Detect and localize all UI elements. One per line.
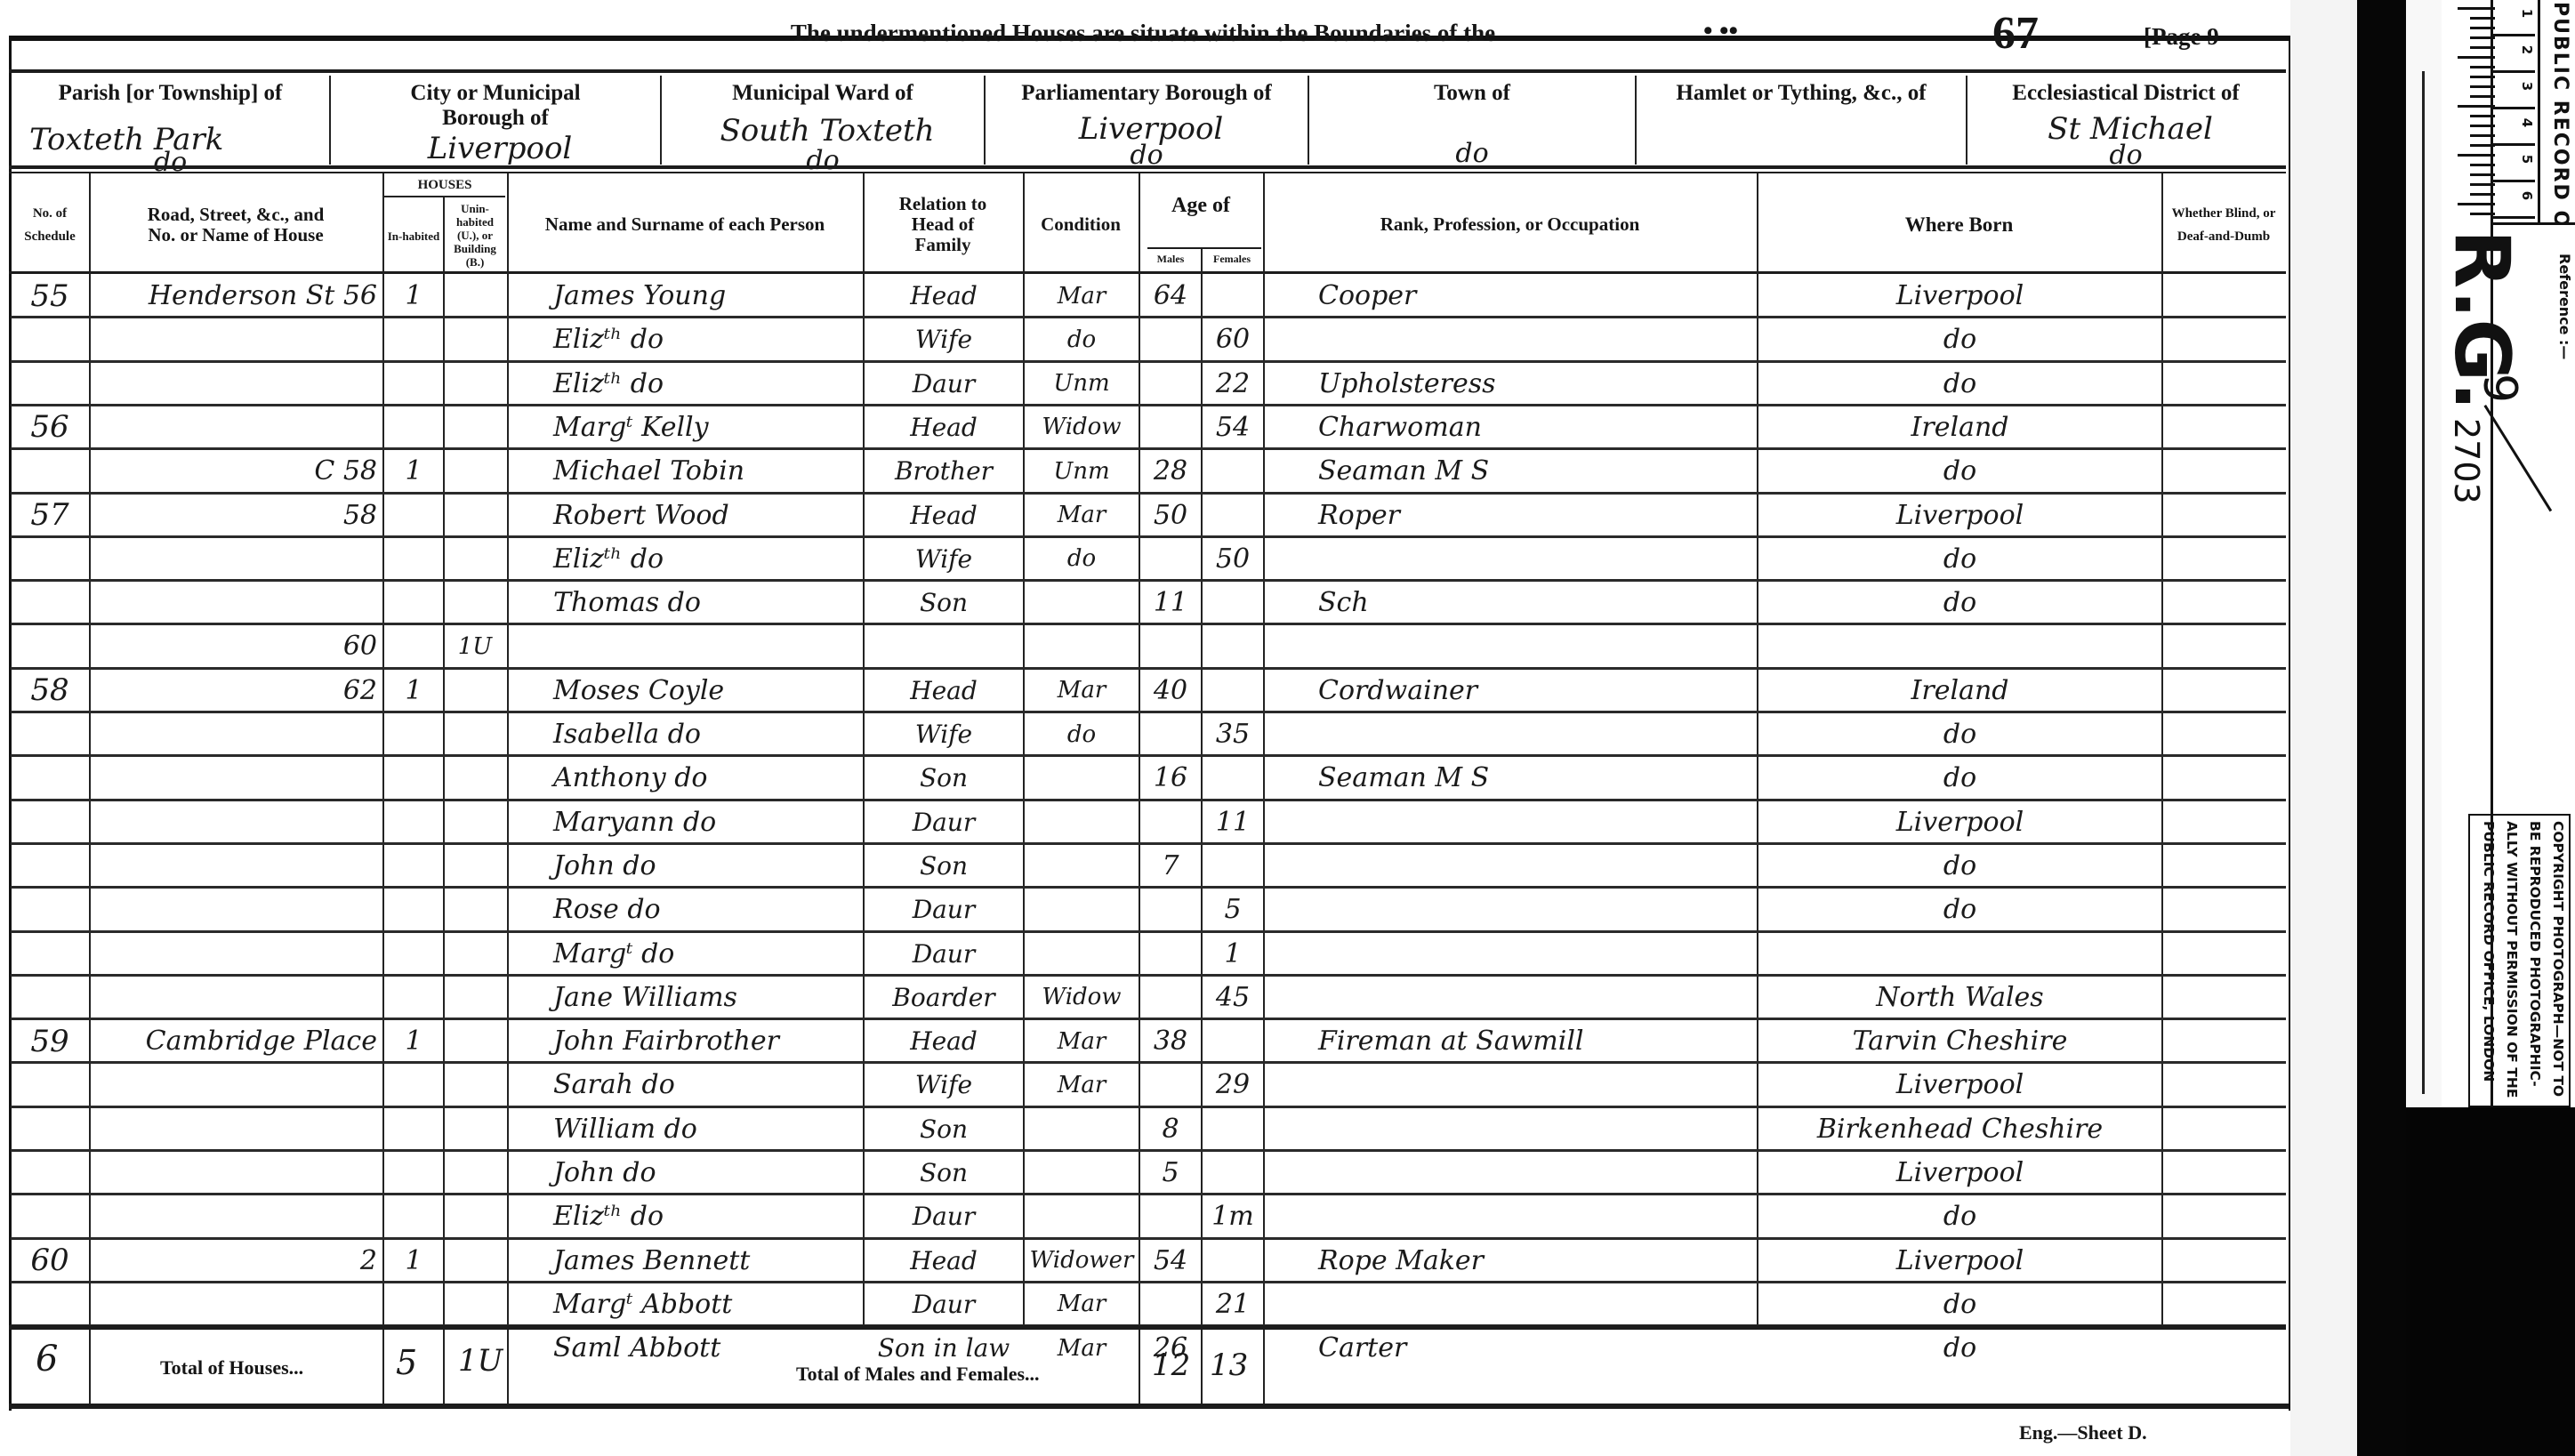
cell-occupation: Upholsteress (1265, 362, 1757, 406)
cell-name: Isabella do (518, 712, 863, 756)
ruler-cm-number: 5 (2519, 155, 2535, 164)
boundary-label: Ecclesiastical District of (1967, 81, 2284, 106)
cell-inhabited (384, 1107, 443, 1151)
cell-relation: Head (865, 669, 1023, 712)
census-row: Sarah doWifeMar29Liverpool (9, 1063, 2286, 1106)
total-schedules: 6 (36, 1339, 58, 1380)
cell-condition (1025, 1151, 1139, 1195)
census-row: 601U (9, 624, 2286, 668)
cell-street (91, 888, 384, 931)
cell-condition (1025, 624, 1139, 668)
boundary-value: South Toxteth (680, 113, 975, 149)
cell-blind (2163, 1063, 2284, 1106)
col-uninhabited: Unin-habited (U.), or Building (B.) (445, 197, 505, 273)
cell-born: do (1758, 888, 2161, 931)
cell-blind (2163, 669, 2284, 712)
census-row: 6021James BennettHeadWidower54Rope Maker… (9, 1239, 2286, 1283)
cell-born (1758, 932, 2161, 976)
cell-male-age: 16 (1140, 756, 1201, 800)
cell-name: Elizᵗʰ do (518, 537, 863, 581)
boundary-label: City or Municipal Borough of (331, 81, 660, 131)
cell-schedule (11, 1283, 89, 1326)
reference-number: 2703 (2447, 418, 2486, 504)
cell-inhabited (384, 1063, 443, 1106)
rule-boundaries-2 (9, 172, 2286, 173)
census-row: Thomas doSon11Schdo (9, 581, 2286, 624)
cell-male-age (1140, 932, 1201, 976)
cell-street (91, 976, 384, 1019)
cell-male-age (1140, 362, 1201, 406)
census-row: Rose doDaur5do (9, 888, 2286, 931)
census-row: Saml AbbottSon in lawMar26Carterdo (9, 1326, 2286, 1370)
rule-bottom (9, 1404, 2289, 1409)
copyright-box: COPYRIGHT PHOTOGRAPH—NOT TOBE REPRODUCED… (2468, 814, 2571, 1107)
cell-uninhabited (445, 1239, 505, 1283)
cell-relation: Wife (865, 712, 1023, 756)
cell-uninhabited (445, 1283, 505, 1326)
cell-male-age (1140, 712, 1201, 756)
cell-female-age: 11 (1203, 800, 1263, 844)
total-uninhabited: 1U (458, 1343, 503, 1379)
cell-condition: do (1025, 537, 1139, 581)
title-text: The undermentioned Houses are situate wi… (791, 20, 1495, 46)
cell-condition: Unm (1025, 362, 1139, 406)
cell-relation: Daur (865, 1195, 1023, 1238)
cell-schedule (11, 800, 89, 844)
ruler-cm-number: 4 (2519, 118, 2535, 127)
cell-condition: Mar (1025, 274, 1139, 318)
cell-occupation (1265, 844, 1757, 888)
cell-inhabited (384, 1283, 443, 1326)
cell-female-age: 1m (1203, 1195, 1263, 1238)
cell-born: do (1758, 712, 2161, 756)
cell-name: Maryann do (518, 800, 863, 844)
census-row: John doSon7do (9, 844, 2286, 888)
cell-relation: Daur (865, 932, 1023, 976)
cell-relation: Son (865, 1151, 1023, 1195)
cell-inhabited: 1 (384, 274, 443, 318)
cell-relation: Son (865, 581, 1023, 624)
ruler-cm-number: 1 (2519, 9, 2535, 18)
col-houses-group: HOUSES (384, 178, 505, 197)
cell-female-age (1203, 844, 1263, 888)
cell-occupation: Seaman M S (1265, 756, 1757, 800)
cell-born: Liverpool (1758, 1063, 2161, 1106)
cell-inhabited (384, 888, 443, 931)
ruler-heading-text: PUBLIC RECORD OFFICE (2549, 2, 2571, 222)
census-row: 56Margᵗ KellyHeadWidow54CharwomanIreland (9, 406, 2286, 449)
boundary-ward: Municipal Ward of South Toxteth do (662, 76, 986, 165)
cell-uninhabited (445, 494, 505, 537)
cell-blind (2163, 756, 2284, 800)
cell-female-age (1203, 1019, 1263, 1063)
cell-occupation: Roper (1265, 494, 1757, 537)
cell-born: Liverpool (1758, 1239, 2161, 1283)
cell-blind (2163, 1019, 2284, 1063)
cell-occupation: Carter (1265, 1326, 1757, 1370)
cell-condition: Mar (1025, 494, 1139, 537)
col-males: Males (1140, 253, 1201, 266)
cell-born: do (1758, 844, 2161, 888)
cell-male-age: 7 (1140, 844, 1201, 888)
cell-relation: Son (865, 756, 1023, 800)
cell-occupation (1265, 318, 1757, 361)
cell-inhabited (384, 932, 443, 976)
cell-condition: Widower (1025, 1239, 1139, 1283)
census-row: C 581Michael TobinBrotherUnm28Seaman M S… (9, 449, 2286, 493)
cell-street (91, 1151, 384, 1195)
cell-female-age: 21 (1203, 1283, 1263, 1326)
cell-condition: do (1025, 318, 1139, 361)
cell-name (518, 624, 863, 668)
cell-uninhabited (445, 362, 505, 406)
binding-shadow (2357, 0, 2406, 1456)
cell-inhabited: 1 (384, 1239, 443, 1283)
folio-number: 67 (1992, 7, 2039, 60)
rule-age (1147, 247, 1261, 249)
cell-uninhabited (445, 581, 505, 624)
cell-female-age: 50 (1203, 537, 1263, 581)
boundary-parliamentary: Parliamentary Borough of Liverpool do (986, 76, 1309, 165)
cell-name: Margᵗ Kelly (518, 406, 863, 449)
cell-male-age: 11 (1140, 581, 1201, 624)
cell-occupation: Charwoman (1265, 406, 1757, 449)
cell-relation: Head (865, 494, 1023, 537)
cell-blind (2163, 1239, 2284, 1283)
ruler-cm-box: 1 (2493, 0, 2535, 36)
cell-street (91, 1107, 384, 1151)
cell-male-age (1140, 1283, 1201, 1326)
cell-condition: do (1025, 712, 1139, 756)
boundary-label: Parish [or Township] of (12, 81, 329, 106)
cell-uninhabited (445, 1063, 505, 1106)
cell-female-age: 35 (1203, 712, 1263, 756)
cell-condition (1025, 888, 1139, 931)
cell-street: Henderson St 56 (91, 274, 384, 318)
cell-occupation: Cooper (1265, 274, 1757, 318)
cell-schedule: 56 (11, 406, 89, 449)
cell-uninhabited (445, 888, 505, 931)
rule-totals (9, 1325, 2286, 1330)
ruler-heading: PUBLIC RECORD OFFICE (2539, 0, 2573, 222)
cell-relation: Wife (865, 318, 1023, 361)
cell-occupation (1265, 888, 1757, 931)
cell-female-age (1203, 624, 1263, 668)
cell-relation: Wife (865, 537, 1023, 581)
cell-blind (2163, 318, 2284, 361)
cell-occupation (1265, 1151, 1757, 1195)
ruler-cm-box: 5 (2493, 146, 2535, 182)
cell-occupation (1265, 932, 1757, 976)
cell-female-age: 1 (1203, 932, 1263, 976)
total-females: 13 (1210, 1347, 1248, 1383)
cell-born: Liverpool (1758, 494, 2161, 537)
cell-street (91, 932, 384, 976)
cell-born: do (1758, 756, 2161, 800)
cell-relation: Daur (865, 362, 1023, 406)
page-margin (2290, 0, 2357, 1456)
cell-male-age: 54 (1140, 1239, 1201, 1283)
cell-schedule (11, 318, 89, 361)
cell-inhabited (384, 1151, 443, 1195)
cell-schedule (11, 537, 89, 581)
cell-female-age: 54 (1203, 406, 1263, 449)
cell-name: James Bennett (518, 1239, 863, 1283)
reference-label: Reference :— (2556, 253, 2573, 359)
cell-name: Sarah do (518, 1063, 863, 1106)
cell-occupation: Seaman M S (1265, 449, 1757, 493)
cell-male-age (1140, 1195, 1201, 1238)
cell-male-age: 64 (1140, 274, 1201, 318)
census-row: Anthony doSon16Seaman M Sdo (9, 756, 2286, 800)
ruler-tick (2458, 105, 2495, 108)
cell-uninhabited (445, 318, 505, 361)
cell-male-age: 28 (1140, 449, 1201, 493)
cell-street (91, 1195, 384, 1238)
cell-female-age (1203, 494, 1263, 537)
col-born: Where Born (1758, 178, 2160, 271)
cell-inhabited (384, 318, 443, 361)
copyright-line: ALLY WITHOUT PERMISSION OF THE (2500, 821, 2523, 1098)
cell-schedule (11, 1151, 89, 1195)
cell-female-age (1203, 1107, 1263, 1151)
cell-blind (2163, 844, 2284, 888)
ruler-tick (2458, 7, 2495, 10)
cell-blind (2163, 274, 2284, 318)
cell-uninhabited (445, 976, 505, 1019)
cell-blind (2163, 976, 2284, 1019)
cell-occupation (1265, 800, 1757, 844)
cell-uninhabited (445, 274, 505, 318)
boundary-label: Hamlet or Tything, &c., of (1637, 81, 1966, 106)
cell-name: Jane Williams (518, 976, 863, 1019)
cell-relation: Son (865, 844, 1023, 888)
cell-male-age: 40 (1140, 669, 1201, 712)
total-persons-label: Total of Males and Females... (796, 1363, 1040, 1386)
cell-occupation (1265, 1195, 1757, 1238)
sheet-footer: Eng.—Sheet D. (2019, 1421, 2147, 1444)
cell-uninhabited (445, 449, 505, 493)
total-males: 12 (1152, 1347, 1190, 1383)
copyright-line: PUBLIC RECORD OFFICE, LONDON (2477, 821, 2500, 1098)
cell-schedule: 55 (11, 274, 89, 318)
cell-inhabited (384, 712, 443, 756)
cell-male-age (1140, 1063, 1201, 1106)
cell-relation: Daur (865, 888, 1023, 931)
ruler-cm-scale: 123456 (2493, 0, 2540, 222)
cell-relation: Son (865, 1107, 1023, 1151)
cell-condition (1025, 932, 1139, 976)
cell-condition: Mar (1025, 1019, 1139, 1063)
cell-schedule (11, 712, 89, 756)
cell-blind (2163, 800, 2284, 844)
cell-female-age (1203, 1151, 1263, 1195)
cell-street: C 58 (91, 449, 384, 493)
col-relation: Relation to Head of Family (865, 178, 1021, 271)
cell-occupation (1265, 1063, 1757, 1106)
ruler-ticks (2442, 0, 2495, 222)
cell-condition (1025, 800, 1139, 844)
scan-background (2406, 1107, 2575, 1456)
cell-female-age (1203, 756, 1263, 800)
cell-condition: Unm (1025, 449, 1139, 493)
cell-blind (2163, 624, 2284, 668)
cell-inhabited (384, 537, 443, 581)
ruler-cm-number: 3 (2519, 82, 2535, 91)
census-row: Elizᵗʰ doWifedo60do (9, 318, 2286, 361)
ruler-tick (2458, 56, 2495, 59)
cell-street (91, 362, 384, 406)
cell-relation: Brother (865, 449, 1023, 493)
cell-male-age: 38 (1140, 1019, 1201, 1063)
cell-occupation: Sch (1265, 581, 1757, 624)
cell-male-age: 50 (1140, 494, 1201, 537)
cell-street: Cambridge Place (91, 1019, 384, 1063)
cell-schedule (11, 756, 89, 800)
cell-condition: Mar (1025, 669, 1139, 712)
cell-schedule: 59 (11, 1019, 89, 1063)
cell-street (91, 756, 384, 800)
cell-uninhabited: 1U (445, 624, 505, 668)
cell-schedule (11, 976, 89, 1019)
cell-street (91, 1063, 384, 1106)
census-row: Isabella doWifedo35do (9, 712, 2286, 756)
cell-inhabited (384, 624, 443, 668)
col-females: Females (1203, 253, 1261, 266)
ruler-tick (2458, 203, 2495, 205)
census-row: William doSon8Birkenhead Cheshire (9, 1107, 2286, 1151)
cell-name: Elizᵗʰ do (518, 1195, 863, 1238)
cell-condition: Widow (1025, 406, 1139, 449)
boundary-town: Town of do (1309, 76, 1637, 165)
cell-inhabited: 1 (384, 449, 443, 493)
cell-schedule: 60 (11, 1239, 89, 1283)
cell-condition: Mar (1025, 1283, 1139, 1326)
cell-blind (2163, 1283, 2284, 1326)
cell-schedule (11, 1195, 89, 1238)
census-row: Margᵗ AbbottDaurMar21do (9, 1283, 2286, 1326)
census-row: Margᵗ doDaur1 (9, 932, 2286, 976)
cell-female-age: 22 (1203, 362, 1263, 406)
census-row: Elizᵗʰ doDaur1mdo (9, 1195, 2286, 1238)
cell-street: 58 (91, 494, 384, 537)
cell-schedule (11, 581, 89, 624)
cell-born: Ireland (1758, 669, 2161, 712)
cell-blind (2163, 537, 2284, 581)
cell-blind (2163, 888, 2284, 931)
boundary-hamlet: Hamlet or Tything, &c., of (1637, 76, 1967, 165)
cell-inhabited (384, 494, 443, 537)
cell-born: Birkenhead Cheshire (1758, 1107, 2161, 1151)
ruler-cm-box: 6 (2493, 182, 2535, 219)
cell-blind (2163, 1326, 2284, 1370)
cell-inhabited (384, 1195, 443, 1238)
cell-born: Liverpool (1758, 800, 2161, 844)
cell-schedule (11, 362, 89, 406)
col-street: Road, Street, &c., and No. or Name of Ho… (91, 178, 381, 271)
cell-street (91, 844, 384, 888)
cell-relation: Head (865, 274, 1023, 318)
cell-street (91, 800, 384, 844)
boundary-label: Municipal Ward of (662, 81, 984, 106)
cell-occupation (1265, 624, 1757, 668)
cell-occupation (1265, 1283, 1757, 1326)
col-condition: Condition (1025, 178, 1137, 271)
cell-born: do (1758, 1195, 2161, 1238)
cell-relation: Head (865, 1019, 1023, 1063)
copyright-line: BE REPRODUCED PHOTOGRAPHIC- (2523, 821, 2547, 1098)
cell-name: John Fairbrother (518, 1019, 863, 1063)
cell-occupation: Rope Maker (1265, 1239, 1757, 1283)
cell-male-age: 8 (1140, 1107, 1201, 1151)
cell-male-age: 5 (1140, 1151, 1201, 1195)
cell-born: do (1758, 1283, 2161, 1326)
cell-street: 60 (91, 624, 384, 668)
cell-street (91, 1283, 384, 1326)
cell-born: do (1758, 362, 2161, 406)
cell-blind (2163, 406, 2284, 449)
cell-uninhabited (445, 844, 505, 888)
cell-name: Elizᵗʰ do (518, 362, 863, 406)
boundary-ditto: do (1309, 138, 1635, 169)
census-row: Maryann doDaur11Liverpool (9, 800, 2286, 844)
cell-born: do (1758, 1326, 2161, 1370)
cell-born: North Wales (1758, 976, 2161, 1019)
cell-male-age (1140, 888, 1201, 931)
cell-inhabited (384, 406, 443, 449)
cell-blind (2163, 1151, 2284, 1195)
cell-born: Tarvin Cheshire (1758, 1019, 2161, 1063)
cell-blind (2163, 932, 2284, 976)
census-row: 58621Moses CoyleHeadMar40CordwainerIrela… (9, 669, 2286, 712)
cell-relation: Boarder (865, 976, 1023, 1019)
cell-street (91, 712, 384, 756)
cell-uninhabited (445, 537, 505, 581)
cell-condition (1025, 1107, 1139, 1151)
cell-name: Rose do (518, 888, 863, 931)
ruler-cm-box: 2 (2493, 36, 2535, 73)
cell-schedule (11, 1063, 89, 1106)
cell-female-age (1203, 1239, 1263, 1283)
reference-piece: 9 (2473, 374, 2526, 403)
cell-male-age (1140, 537, 1201, 581)
col-name: Name and Surname of each Person (509, 178, 861, 271)
ruler-cm-box: 3 (2493, 73, 2535, 109)
cell-male-age (1140, 624, 1201, 668)
cell-name: Margᵗ do (518, 932, 863, 976)
cell-uninhabited (445, 406, 505, 449)
cell-uninhabited (445, 1107, 505, 1151)
reference-slash (2483, 405, 2552, 511)
cell-name: Elizᵗʰ do (518, 318, 863, 361)
col-blind: Whether Blind, or Deaf-and-Dumb (2163, 178, 2284, 271)
cell-name: Moses Coyle (518, 669, 863, 712)
cell-name: James Young (518, 274, 863, 318)
cell-name: John do (518, 1151, 863, 1195)
cell-street (91, 406, 384, 449)
cell-male-age (1140, 976, 1201, 1019)
boundary-parish: Parish [or Township] of Toxteth Park do (12, 76, 331, 165)
cell-blind (2163, 494, 2284, 537)
rule-title (9, 69, 2286, 73)
cell-street (91, 537, 384, 581)
cell-relation: Head (865, 1239, 1023, 1283)
cell-street (91, 318, 384, 361)
cell-schedule (11, 888, 89, 931)
cell-relation: Daur (865, 800, 1023, 844)
ruler-cm-box: 4 (2493, 109, 2535, 146)
cell-female-age: 45 (1203, 976, 1263, 1019)
